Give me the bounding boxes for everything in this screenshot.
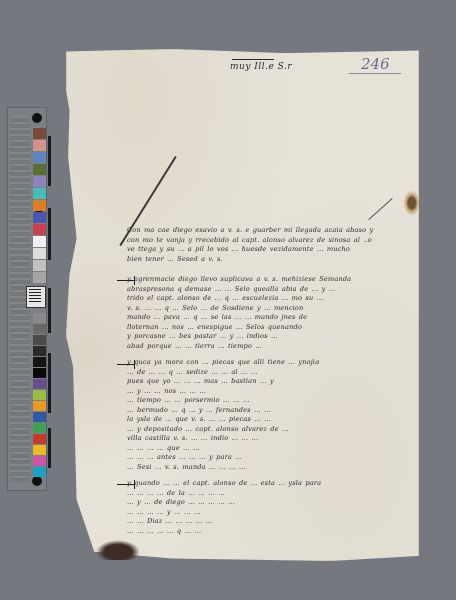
text-line: la ysla de ... que v. s. ... ... piecas … xyxy=(127,415,417,425)
color-swatch xyxy=(33,260,46,271)
color-swatch xyxy=(33,456,46,466)
color-swatch xyxy=(33,236,46,247)
color-swatch xyxy=(33,467,46,477)
text-line: Con ma cae diego esavio a v. s. e guarbe… xyxy=(127,226,417,236)
color-swatch xyxy=(33,368,46,378)
color-swatch xyxy=(33,401,46,411)
text-line: trido el capt. alonso de ... q ... escue… xyxy=(127,294,417,304)
wormhole-stain xyxy=(403,190,419,216)
color-swatch xyxy=(33,164,46,175)
color-swatch xyxy=(33,140,46,151)
text-line: ... bermudo ... q ... y ... fernandes ..… xyxy=(127,406,417,416)
text-line: villa castilla v. s. ... ... indio ... .… xyxy=(127,434,417,444)
color-swatch xyxy=(33,412,46,422)
color-swatch xyxy=(33,272,46,283)
scale-bar xyxy=(48,288,51,333)
text-line: lloternan ... nos ... enespigue ... Selo… xyxy=(127,323,417,333)
scale-bar xyxy=(48,136,51,186)
color-swatch xyxy=(33,445,46,455)
text-line: ... ... Diaz ... ... ... ... ... xyxy=(127,517,417,527)
paragraph-4: y quando ... ... el capt. alonso de ... … xyxy=(127,479,417,536)
color-calibration-target xyxy=(7,107,47,491)
ink-stain xyxy=(96,540,140,560)
text-line: ... ... ... ... que ... ... xyxy=(127,444,417,454)
color-swatch xyxy=(33,200,46,211)
paragraph-3: y quca ya mora con ... piecas que alli t… xyxy=(127,358,417,472)
paragraph-1: Con ma cae diego esavio a v. s. e guarbe… xyxy=(127,226,417,264)
text-line: y porcasne ... bes pastar ... y ... indi… xyxy=(127,332,417,342)
text-line: ... ... ... antes ... ... ... y para ... xyxy=(127,453,417,463)
text-line: ... de ... ... q ... sedize ... ... al .… xyxy=(127,368,417,378)
scale-bar xyxy=(48,208,51,260)
registration-dot-top xyxy=(32,113,42,123)
text-line: ... ... ... ... y ... ... ... xyxy=(127,508,417,518)
text-line: ve ttega y su ... a pil lo vos ... huesd… xyxy=(127,245,417,255)
color-swatch xyxy=(33,379,46,389)
text-line: ... Sesi ... v. s. manda ... ... ... ... xyxy=(127,463,417,473)
color-swatch xyxy=(33,335,46,345)
salutation-header: muy Ill.e S.r xyxy=(230,62,292,72)
color-swatch xyxy=(33,434,46,444)
scale-bar xyxy=(48,428,51,468)
folio-number: 246 xyxy=(361,55,390,73)
color-swatch xyxy=(33,248,46,259)
color-swatch xyxy=(33,324,46,334)
color-swatch xyxy=(33,128,46,139)
text-line: abad porque ... ... tierra ... tiempo ..… xyxy=(127,342,417,352)
text-line: v. s. ... ... q ... Selo ... de Sosdiene… xyxy=(127,304,417,314)
text-line: abraspresona q demase ... ... Selo queal… xyxy=(127,285,417,295)
color-swatch xyxy=(33,188,46,199)
text-line: y agrenmacie diego llevo suplicava a v. … xyxy=(127,275,417,285)
text-line: bien tener ... Sesed a v. s. xyxy=(127,255,417,265)
text-line: ... y depositado ... capt. alonso alvare… xyxy=(127,425,417,435)
text-line: pues que yo ... ... ... mas ... bastian … xyxy=(127,377,417,387)
text-line: con mo te vanja y rrecebido al capt. alo… xyxy=(127,236,417,246)
text-line: y quando ... ... el capt. alonso de ... … xyxy=(127,479,417,489)
color-swatch xyxy=(33,176,46,187)
color-swatch xyxy=(33,357,46,367)
color-swatch xyxy=(33,313,46,323)
scale-bar xyxy=(48,353,51,413)
color-swatch xyxy=(33,346,46,356)
text-line: ... ... ... ... de la ... ... ... ... xyxy=(127,489,417,499)
color-swatch xyxy=(33,423,46,433)
text-line: ... y ... ... nos ... ... ... xyxy=(127,387,417,397)
color-swatch xyxy=(33,212,46,223)
text-line: ... y ... de diego ... ... ... ... ... xyxy=(127,498,417,508)
color-swatch xyxy=(33,390,46,400)
text-line: y quca ya mora con ... piecas que alli t… xyxy=(127,358,417,368)
text-line: ... ... ... ... ... q ... ... xyxy=(127,527,417,537)
color-swatch xyxy=(33,152,46,163)
text-line: ... tiempo ... ... porsermio ... ... ... xyxy=(127,396,417,406)
color-swatch xyxy=(33,224,46,235)
color-swatches-bottom xyxy=(33,313,46,478)
color-swatches-top xyxy=(33,128,46,284)
text-line: mando ... pava ... q ... se las ... ... … xyxy=(127,313,417,323)
paragraph-2: y agrenmacie diego llevo suplicava a v. … xyxy=(127,275,417,351)
barcode-label xyxy=(26,286,46,308)
